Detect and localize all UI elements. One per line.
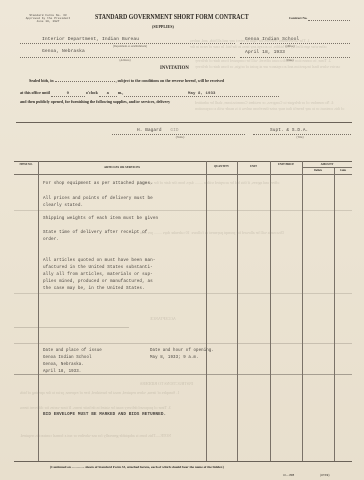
bleed-text: 3. Time of proposed delivery must be sta…: [20, 405, 171, 410]
signer-initials: GID: [170, 128, 178, 133]
form-identifier: Standard Forms No. 33 Approved by the Pr…: [18, 14, 78, 24]
issue-line: Genoa Indian School: [43, 355, 102, 362]
signer-name-value: H. Bagard: [137, 128, 162, 133]
col-divider: [237, 161, 238, 461]
article-line: the case may be, in the United States.: [43, 286, 145, 291]
document-title: STANDARD GOVERNMENT SHORT FORM CONTRACT: [95, 13, 249, 21]
address-field[interactable]: [20, 57, 235, 58]
contract-no-label: Contract No.: [289, 16, 307, 20]
bleed-rule: [14, 327, 129, 328]
article-line: plies mined, produced or manufactured, a…: [43, 279, 153, 284]
document-subtitle: (SUPPLIES): [152, 24, 174, 29]
signer-name-field[interactable]: [112, 134, 245, 135]
invitation-text-3: and then publicly opened, for furnishing…: [20, 99, 170, 104]
hour-field[interactable]: 9: [51, 92, 85, 97]
article-line: clearly stated.: [43, 203, 83, 208]
header-amount: AMOUNT: [302, 163, 352, 166]
invitation-text: m.,: [118, 90, 123, 95]
invitation-heading: INVITATION: [160, 66, 189, 71]
bleed-text: carrier when final inspection and accept…: [195, 64, 340, 69]
invitation-text: Sealed bids, in: [29, 78, 54, 83]
bleed-text: 4. No member of or delegate to Congress,…: [195, 100, 333, 105]
bleed-text: Discounts will be allowed for prompt pay…: [140, 230, 284, 235]
opening-line: Date and hour of opening.: [150, 348, 214, 355]
bid-copies-field[interactable]: [55, 81, 115, 82]
header-articles: ARTICLES OR SERVICES: [38, 165, 206, 169]
col-divider: [270, 161, 271, 461]
bleed-acceptance: ACCEPTANCE: [150, 316, 176, 321]
signer-name-label: (Name): [160, 136, 200, 139]
article-line: ally all from articles, materials or sup…: [43, 272, 153, 277]
date-field[interactable]: [240, 57, 350, 58]
header-unit-price: UNIT PRICE: [270, 163, 302, 166]
address-label: (Address): [100, 59, 150, 62]
col-divider: [302, 161, 303, 461]
department-label: (Department or establishment): [80, 45, 180, 48]
header-quantity: QUANTITY: [206, 165, 237, 168]
article-line: All prices and points of delivery must b…: [43, 196, 153, 201]
header-dollars: Dollars: [302, 169, 334, 172]
issue-line: April 18, 1933.: [43, 369, 102, 376]
col-divider: [38, 161, 39, 461]
opening-date-field[interactable]: May 8, 1933: [124, 92, 279, 97]
article-line: order.: [43, 237, 59, 242]
issue-info: Date and place of issue Genoa Indian Sch…: [43, 348, 102, 376]
continued-note: (Continued on ............... sheets of …: [50, 465, 224, 469]
article-line: ufactured in the United States substanti…: [43, 265, 153, 270]
bleed-text: 1. Samples of items, when required, must…: [20, 390, 179, 395]
form-id-line: June 10, 1927: [18, 20, 78, 23]
issue-line: Genoa, Nebraska.: [43, 362, 102, 369]
address-value: Genoa, Nebraska: [42, 49, 85, 54]
invitation-text: , subject to the conditions on the rever…: [116, 78, 225, 83]
opening-info: Date and hour of opening. May 8, 1933; 9…: [150, 348, 214, 362]
issue-line: Date and place of issue: [43, 348, 102, 355]
amount-split-rule: [302, 167, 352, 168]
date-label: (Date): [265, 59, 315, 62]
invitation-text: o'clock: [86, 90, 98, 95]
office-label: (Office): [265, 45, 315, 48]
date-value: April 18, 1933: [245, 50, 285, 55]
bleed-instructions: INSTRUCTIONS TO BIDDERS: [140, 381, 193, 386]
section-divider: [16, 122, 352, 123]
opening-line: May 8, 1933; 9 a.m.: [150, 355, 214, 362]
header-item-no: ITEM NO.: [14, 163, 38, 166]
form-number: 10—1888: [283, 474, 294, 477]
invitation-text: at this office until: [20, 90, 50, 95]
closing-note: BID ENVELOPE MUST BE MARKED AND BIDS RET…: [43, 412, 166, 417]
invitation-text-1: Sealed bids, in , subject to the conditi…: [29, 78, 224, 83]
article-line: All articles quoted on must have been ma…: [43, 258, 156, 263]
bleed-rule: [14, 343, 352, 344]
office-value: Genoa Indian School: [245, 37, 299, 42]
header-unit: UNIT: [237, 165, 270, 168]
issue-rule: [14, 374, 352, 375]
over-label: (OVER): [320, 474, 329, 477]
col-divider: [334, 167, 335, 461]
contract-no-field[interactable]: [308, 20, 350, 21]
signer-title-label: (Title): [285, 136, 315, 139]
bleed-text: NOTE.—This form is adaptable generally f…: [20, 433, 171, 438]
office-field[interactable]: [240, 43, 350, 44]
article-line: State time of delivery after receipt of: [43, 230, 147, 235]
bleed-text: offers and agrees, if this bid be accept…: [140, 180, 279, 185]
article-line: For shop equipment as per attached pages…: [43, 181, 153, 186]
contract-document: 1. The Government reserves the right to …: [0, 0, 364, 480]
signer-name: H. Bagard GID: [137, 128, 179, 133]
bleed-rule: [14, 210, 352, 211]
department-value: Interior Department, Indian Bureau: [42, 37, 139, 42]
header-cents: Cents: [334, 169, 352, 172]
col-divider: [206, 161, 207, 461]
invitation-text-2: at this office until 9 o'clock a m., May…: [20, 90, 279, 97]
signer-title: Supt. & S.D.A.: [270, 128, 308, 133]
department-field[interactable]: [20, 43, 235, 44]
bleed-rule: [14, 293, 352, 294]
bleed-text: of this contract or to any benefit that …: [195, 106, 344, 111]
table-bottom-rule: [14, 461, 352, 462]
article-line: Shipping weights of each item must be gi…: [43, 216, 158, 221]
ampm-field[interactable]: a: [99, 92, 117, 97]
signer-title-field[interactable]: [253, 134, 351, 135]
